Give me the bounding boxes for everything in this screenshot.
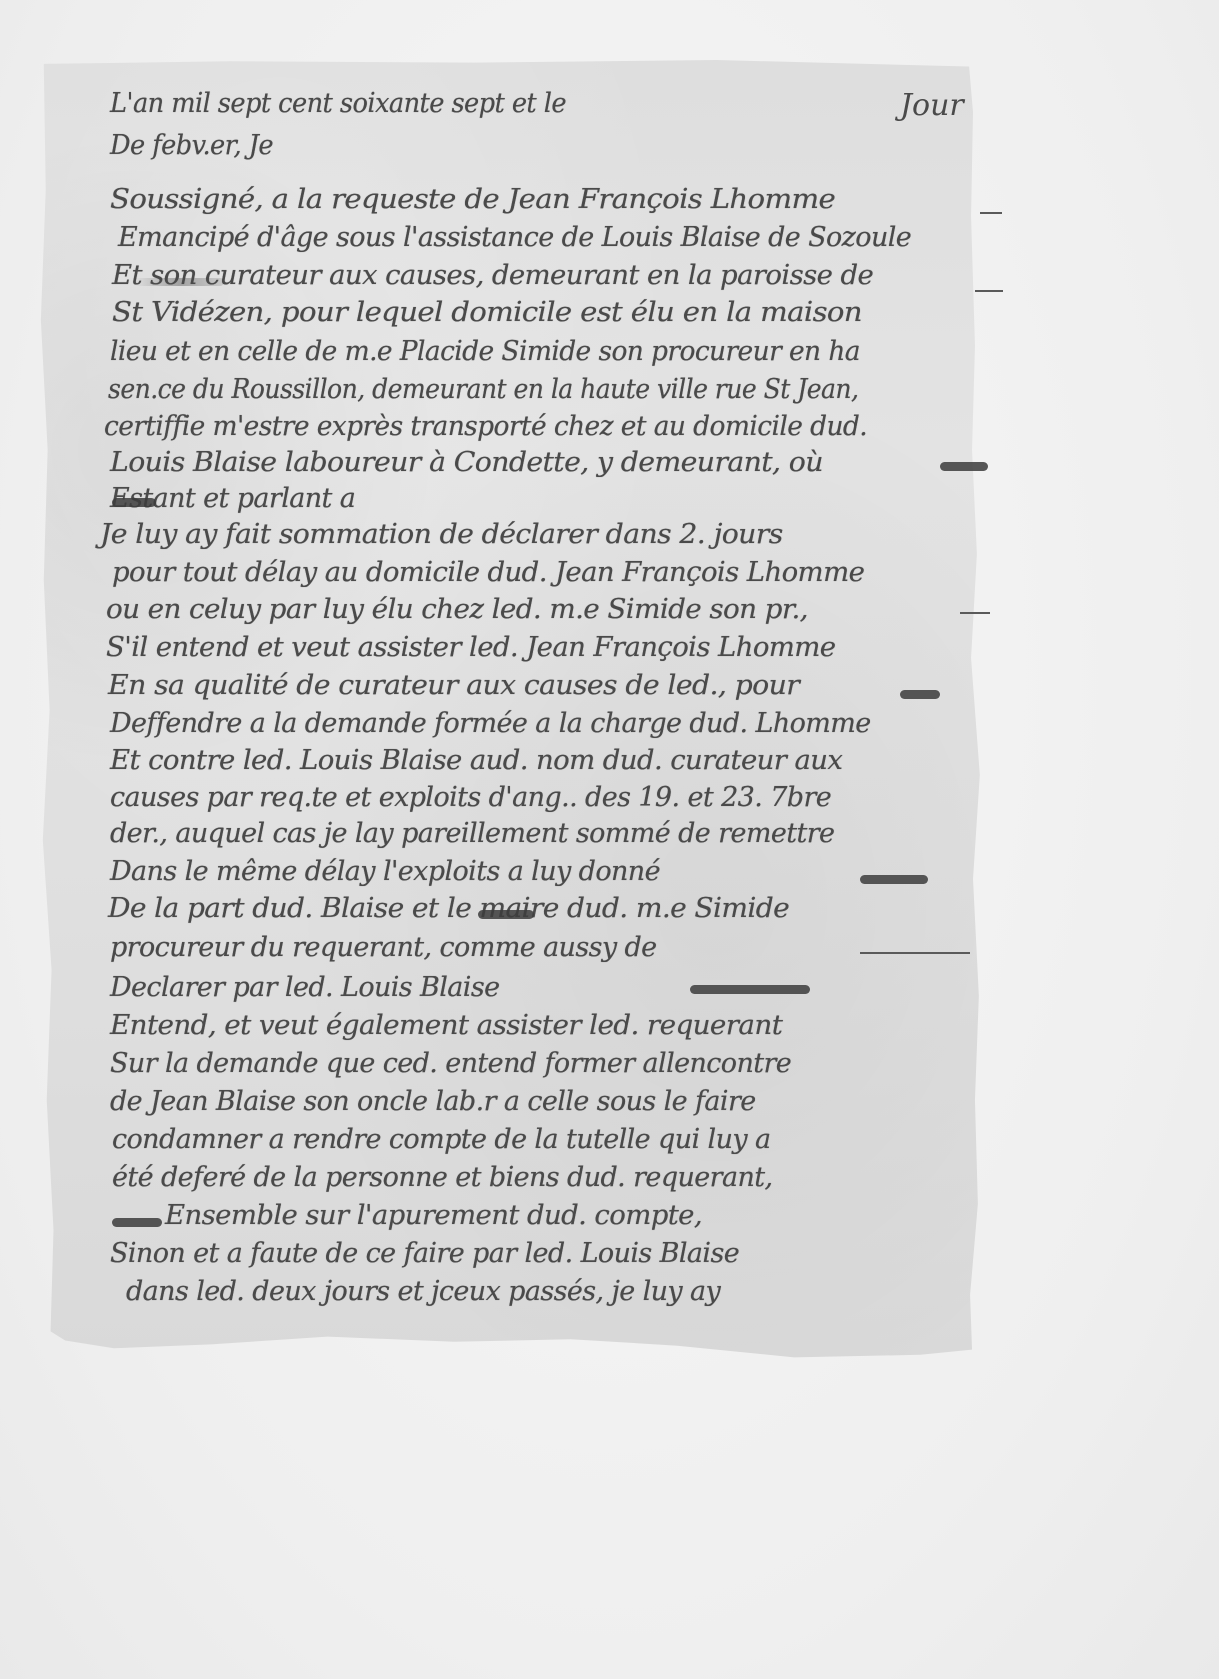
text-line: Je luy ay fait sommation de déclarer dan…	[100, 519, 783, 550]
text-line: causes par req.te et exploits d'ang.. de…	[110, 782, 831, 813]
text-line: Ensemble sur l'apurement dud. compte,	[165, 1200, 702, 1231]
strikethrough	[478, 910, 534, 919]
strikethrough	[940, 462, 988, 471]
text-line: ou en celuy par luy élu chez led. m.e Si…	[106, 594, 808, 625]
text-line: Louis Blaise laboureur à Condette, y dem…	[110, 447, 823, 478]
text-line: Soussigné, a la requeste de Jean Françoi…	[110, 184, 835, 215]
text-line: sen.ce du Roussillon, demeurant en la ha…	[108, 374, 858, 405]
text-line: certiffie m'estre exprès transporté chez…	[104, 411, 867, 442]
strikethrough	[860, 875, 928, 884]
text-line: Et son curateur aux causes, demeurant en…	[112, 260, 873, 291]
line-filler	[960, 612, 990, 614]
text-line: St Vidézen, pour lequel domicile est élu…	[112, 297, 862, 328]
text-line: de Jean Blaise son oncle lab.r a celle s…	[110, 1086, 756, 1117]
text-line: lieu et en celle de m.e Placide Simide s…	[110, 336, 860, 367]
text-line: procureur du requerant, comme aussy de	[110, 932, 657, 963]
text-line: dans led. deux jours et jceux passés, je…	[126, 1276, 720, 1307]
text-line: Declarer par led. Louis Blaise	[110, 972, 499, 1003]
text-line: condamner a rendre compte de la tutelle …	[112, 1124, 771, 1155]
text-line: Et contre led. Louis Blaise aud. nom dud…	[110, 745, 842, 776]
line-filler	[980, 212, 1002, 214]
manuscript-text: L'an mil sept cent soixante sept et le D…	[0, 0, 1219, 1679]
text-line: Dans le même délay l'exploits a luy donn…	[110, 856, 660, 887]
text-line: Sur la demande que ced. entend former al…	[110, 1048, 791, 1079]
strikethrough	[690, 985, 810, 994]
text-line: S'il entend et veut assister led. Jean F…	[106, 632, 835, 663]
text-line: Sinon et a faute de ce faire par led. Lo…	[110, 1238, 739, 1269]
text-line: der., auquel cas je lay pareillement som…	[110, 818, 834, 849]
line-filler	[975, 290, 1003, 292]
line-filler	[860, 952, 970, 954]
strikethrough	[112, 498, 156, 507]
text-line: En sa qualité de curateur aux causes de …	[108, 670, 799, 701]
strikethrough	[900, 690, 940, 699]
text-line: pour tout délay au domicile dud. Jean Fr…	[112, 557, 864, 588]
text-line: Deffendre a la demande formée a la charg…	[110, 708, 871, 739]
text-line: De febv.er, Je	[110, 130, 273, 161]
text-line: Entend, et veut également assister led. …	[110, 1010, 782, 1041]
text-line: été deferé de la personne et biens dud. …	[112, 1162, 773, 1193]
text-line: L'an mil sept cent soixante sept et le	[110, 88, 566, 119]
text-line: Emancipé d'âge sous l'assistance de Loui…	[118, 222, 911, 253]
text-line: De la part dud. Blaise et le maire dud. …	[108, 893, 789, 924]
strikethrough	[112, 1218, 162, 1227]
